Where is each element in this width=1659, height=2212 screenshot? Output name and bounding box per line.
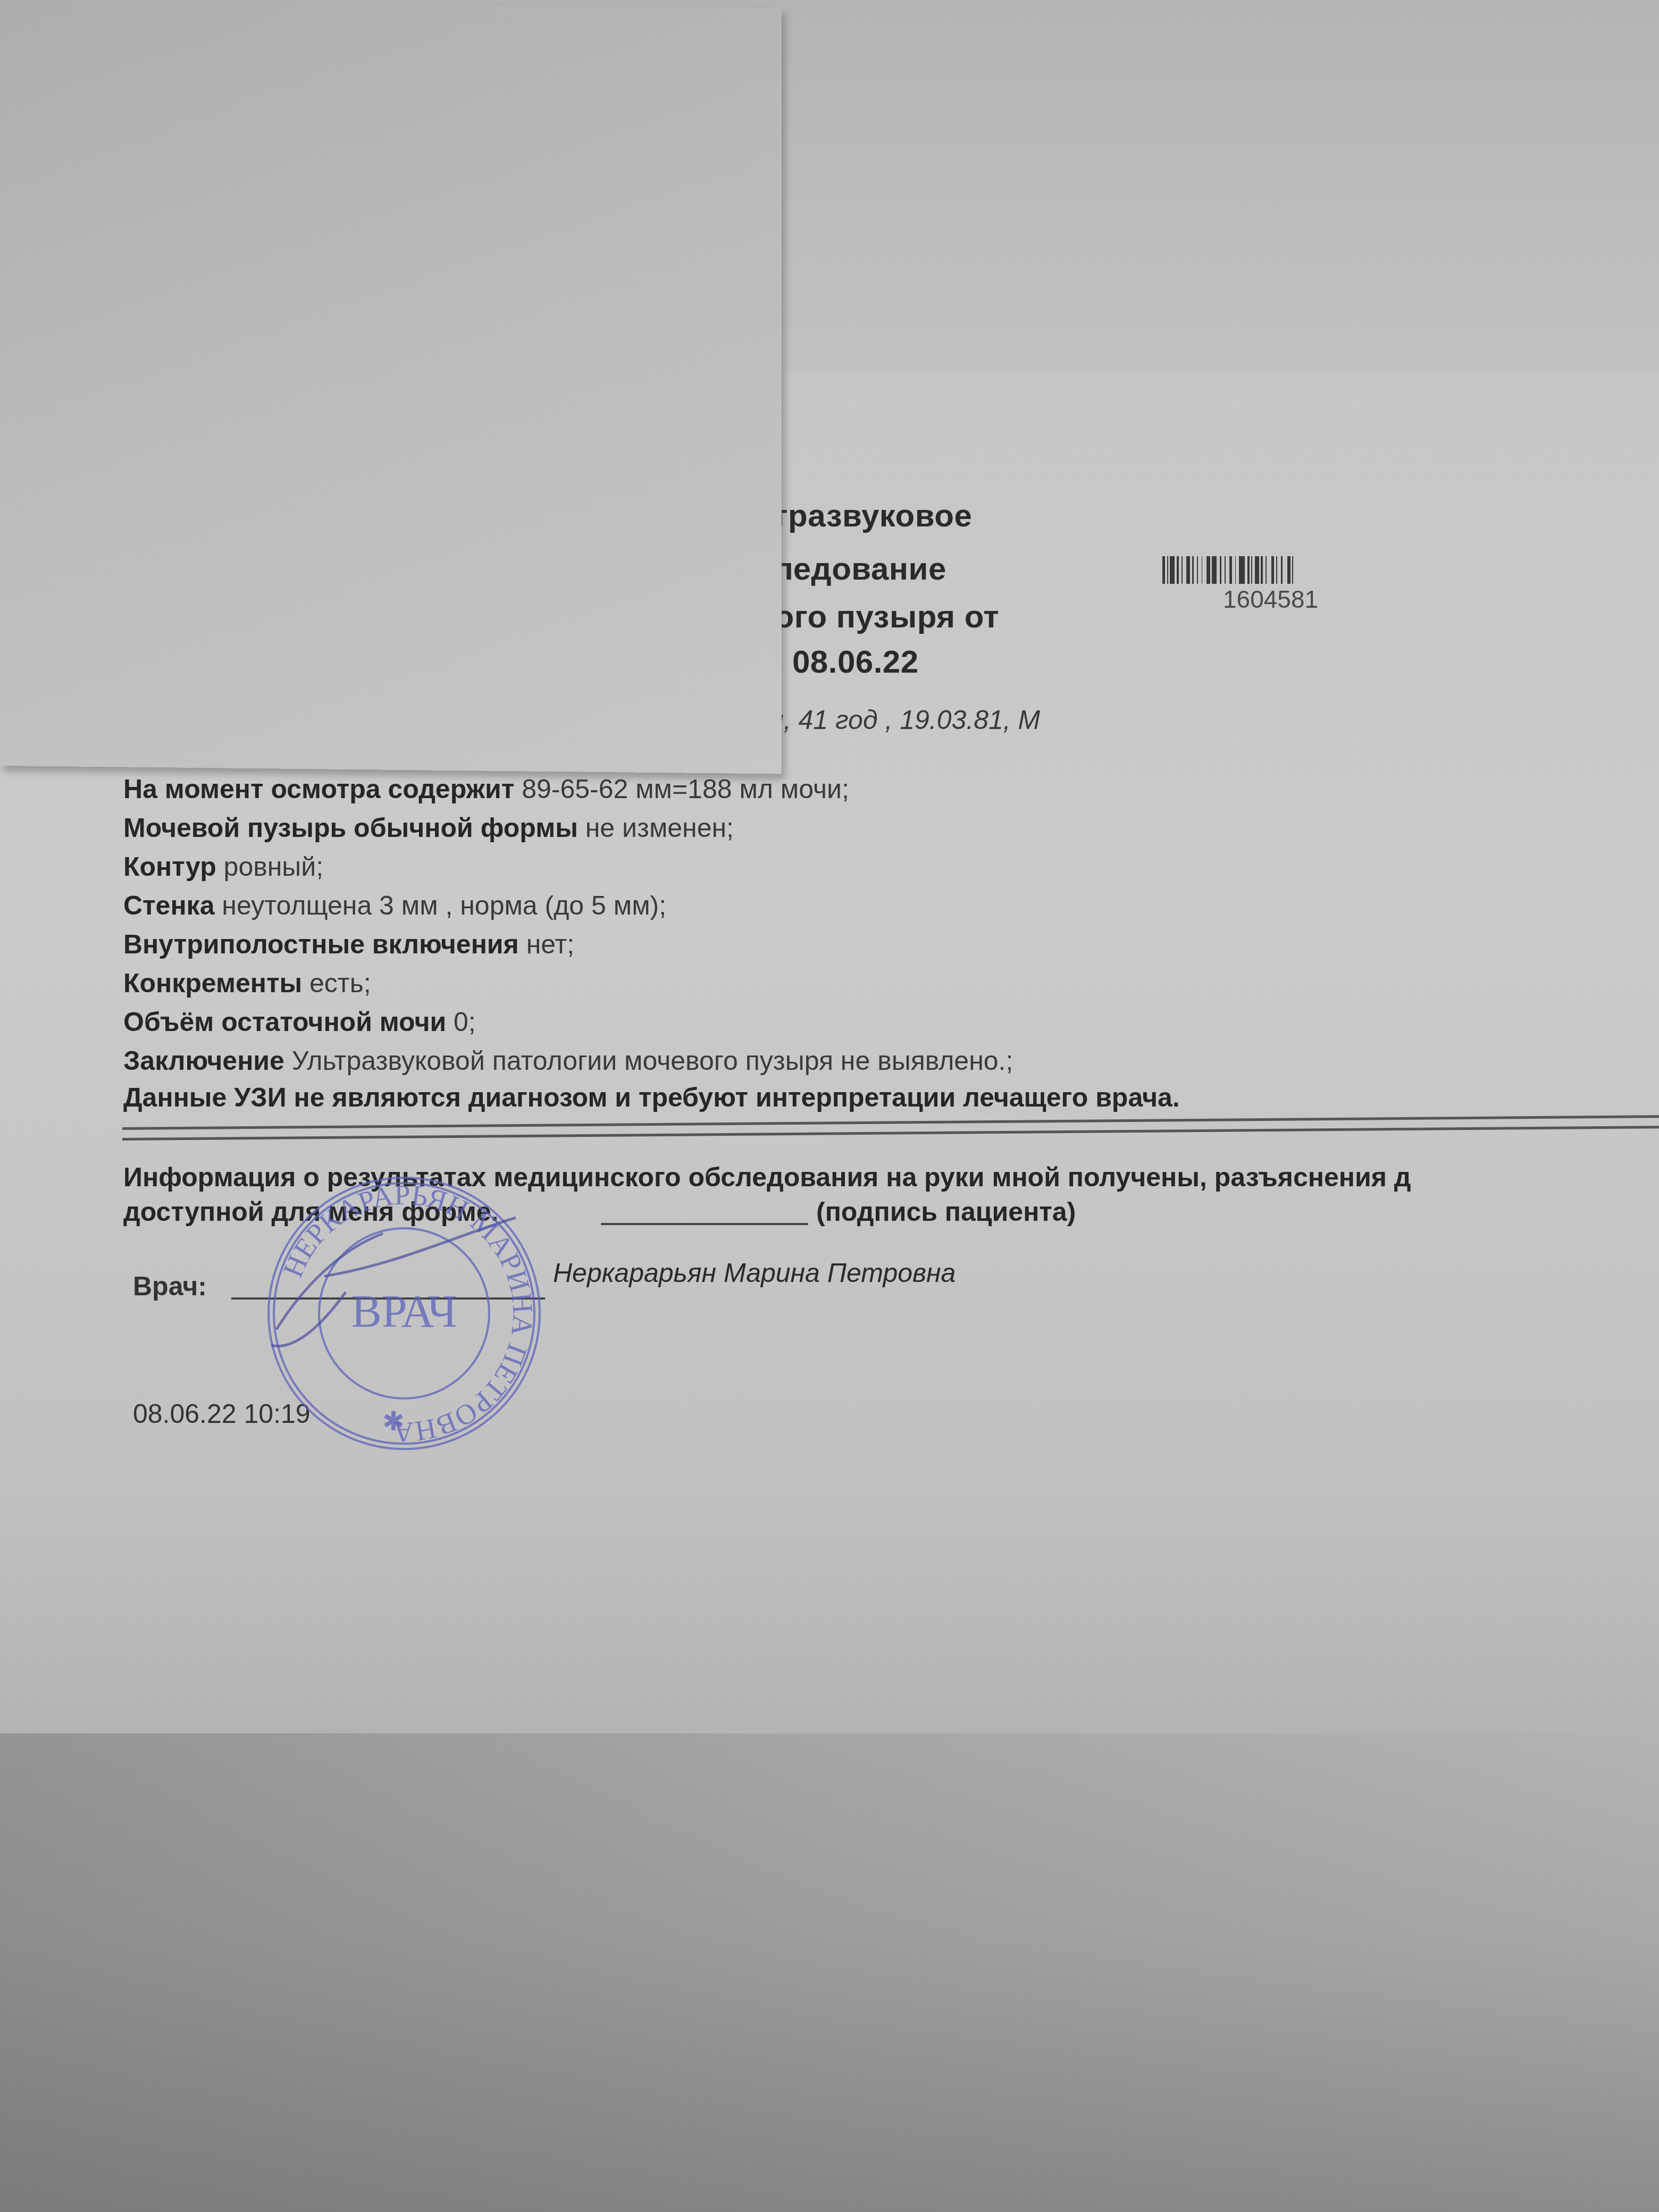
patient-signature-field[interactable]: [601, 1223, 808, 1225]
doctor-label: Врач:: [133, 1271, 207, 1302]
background-sheet: [776, 0, 1659, 383]
finding-label: Внутриполостные включения: [123, 929, 526, 959]
finding-row: Стенка неутолщена 3 мм , норма (до 5 мм)…: [123, 890, 666, 921]
finding-value: Ультразвуковой патологии мочевого пузыря…: [292, 1046, 1013, 1076]
finding-value: неутолщена 3 мм , норма (до 5 мм);: [222, 891, 666, 920]
finding-row: Заключение Ультразвуковой патологии моче…: [123, 1045, 1013, 1076]
barcode-number: 1604581: [1223, 585, 1318, 614]
overlay-sheet: [0, 0, 782, 774]
report-title-line-1: ьтразвуковое: [755, 497, 972, 534]
finding-value: есть;: [309, 968, 371, 998]
finding-row: На момент осмотра содержит 89-65-62 мм=1…: [123, 774, 849, 805]
finding-label: Объём остаточной мочи: [123, 1007, 454, 1037]
finding-label: Стенка: [123, 891, 222, 920]
finding-label: На момент осмотра содержит: [123, 774, 522, 804]
finding-label: Контур: [123, 852, 224, 882]
finding-row: Конкременты есть;: [123, 968, 371, 999]
doctor-stamp: НЕРКАРАРЬЯН МАРИНА ПЕТРОВНА ВРАЧ ✱: [261, 1170, 548, 1457]
patient-info: ич, 41 год , 19.03.81, М: [755, 705, 1040, 735]
star-icon: ✱: [382, 1406, 405, 1436]
disclaimer: Данные УЗИ не являются диагнозом и требу…: [123, 1082, 1180, 1113]
finding-value: 0;: [454, 1007, 476, 1037]
finding-value: не изменен;: [585, 813, 734, 843]
finding-label: Заключение: [123, 1046, 292, 1076]
report-title-line-3: вого пузыря от: [755, 598, 999, 635]
finding-label: Мочевой пузырь обычной формы: [123, 813, 585, 843]
report-date: 08.06.22: [792, 643, 919, 680]
finding-row: Мочевой пузырь обычной формы не изменен;: [123, 812, 734, 843]
finding-value: нет;: [526, 929, 575, 959]
finding-value: ровный;: [224, 852, 324, 882]
barcode: [1162, 556, 1407, 584]
finding-row: Объём остаточной мочи 0;: [123, 1007, 476, 1037]
report-title-line-2: следование: [755, 550, 946, 587]
stamp-center-text: ВРАЧ: [351, 1286, 457, 1337]
finding-row: Контур ровный;: [123, 851, 323, 882]
finding-value: 89-65-62 мм=188 мл мочи;: [522, 774, 849, 804]
doctor-name: Неркарарьян Марина Петровна: [553, 1258, 956, 1288]
finding-label: Конкременты: [123, 968, 309, 998]
patient-signature-label: (подпись пациента): [816, 1196, 1076, 1227]
finding-row: Внутриполостные включения нет;: [123, 929, 574, 960]
